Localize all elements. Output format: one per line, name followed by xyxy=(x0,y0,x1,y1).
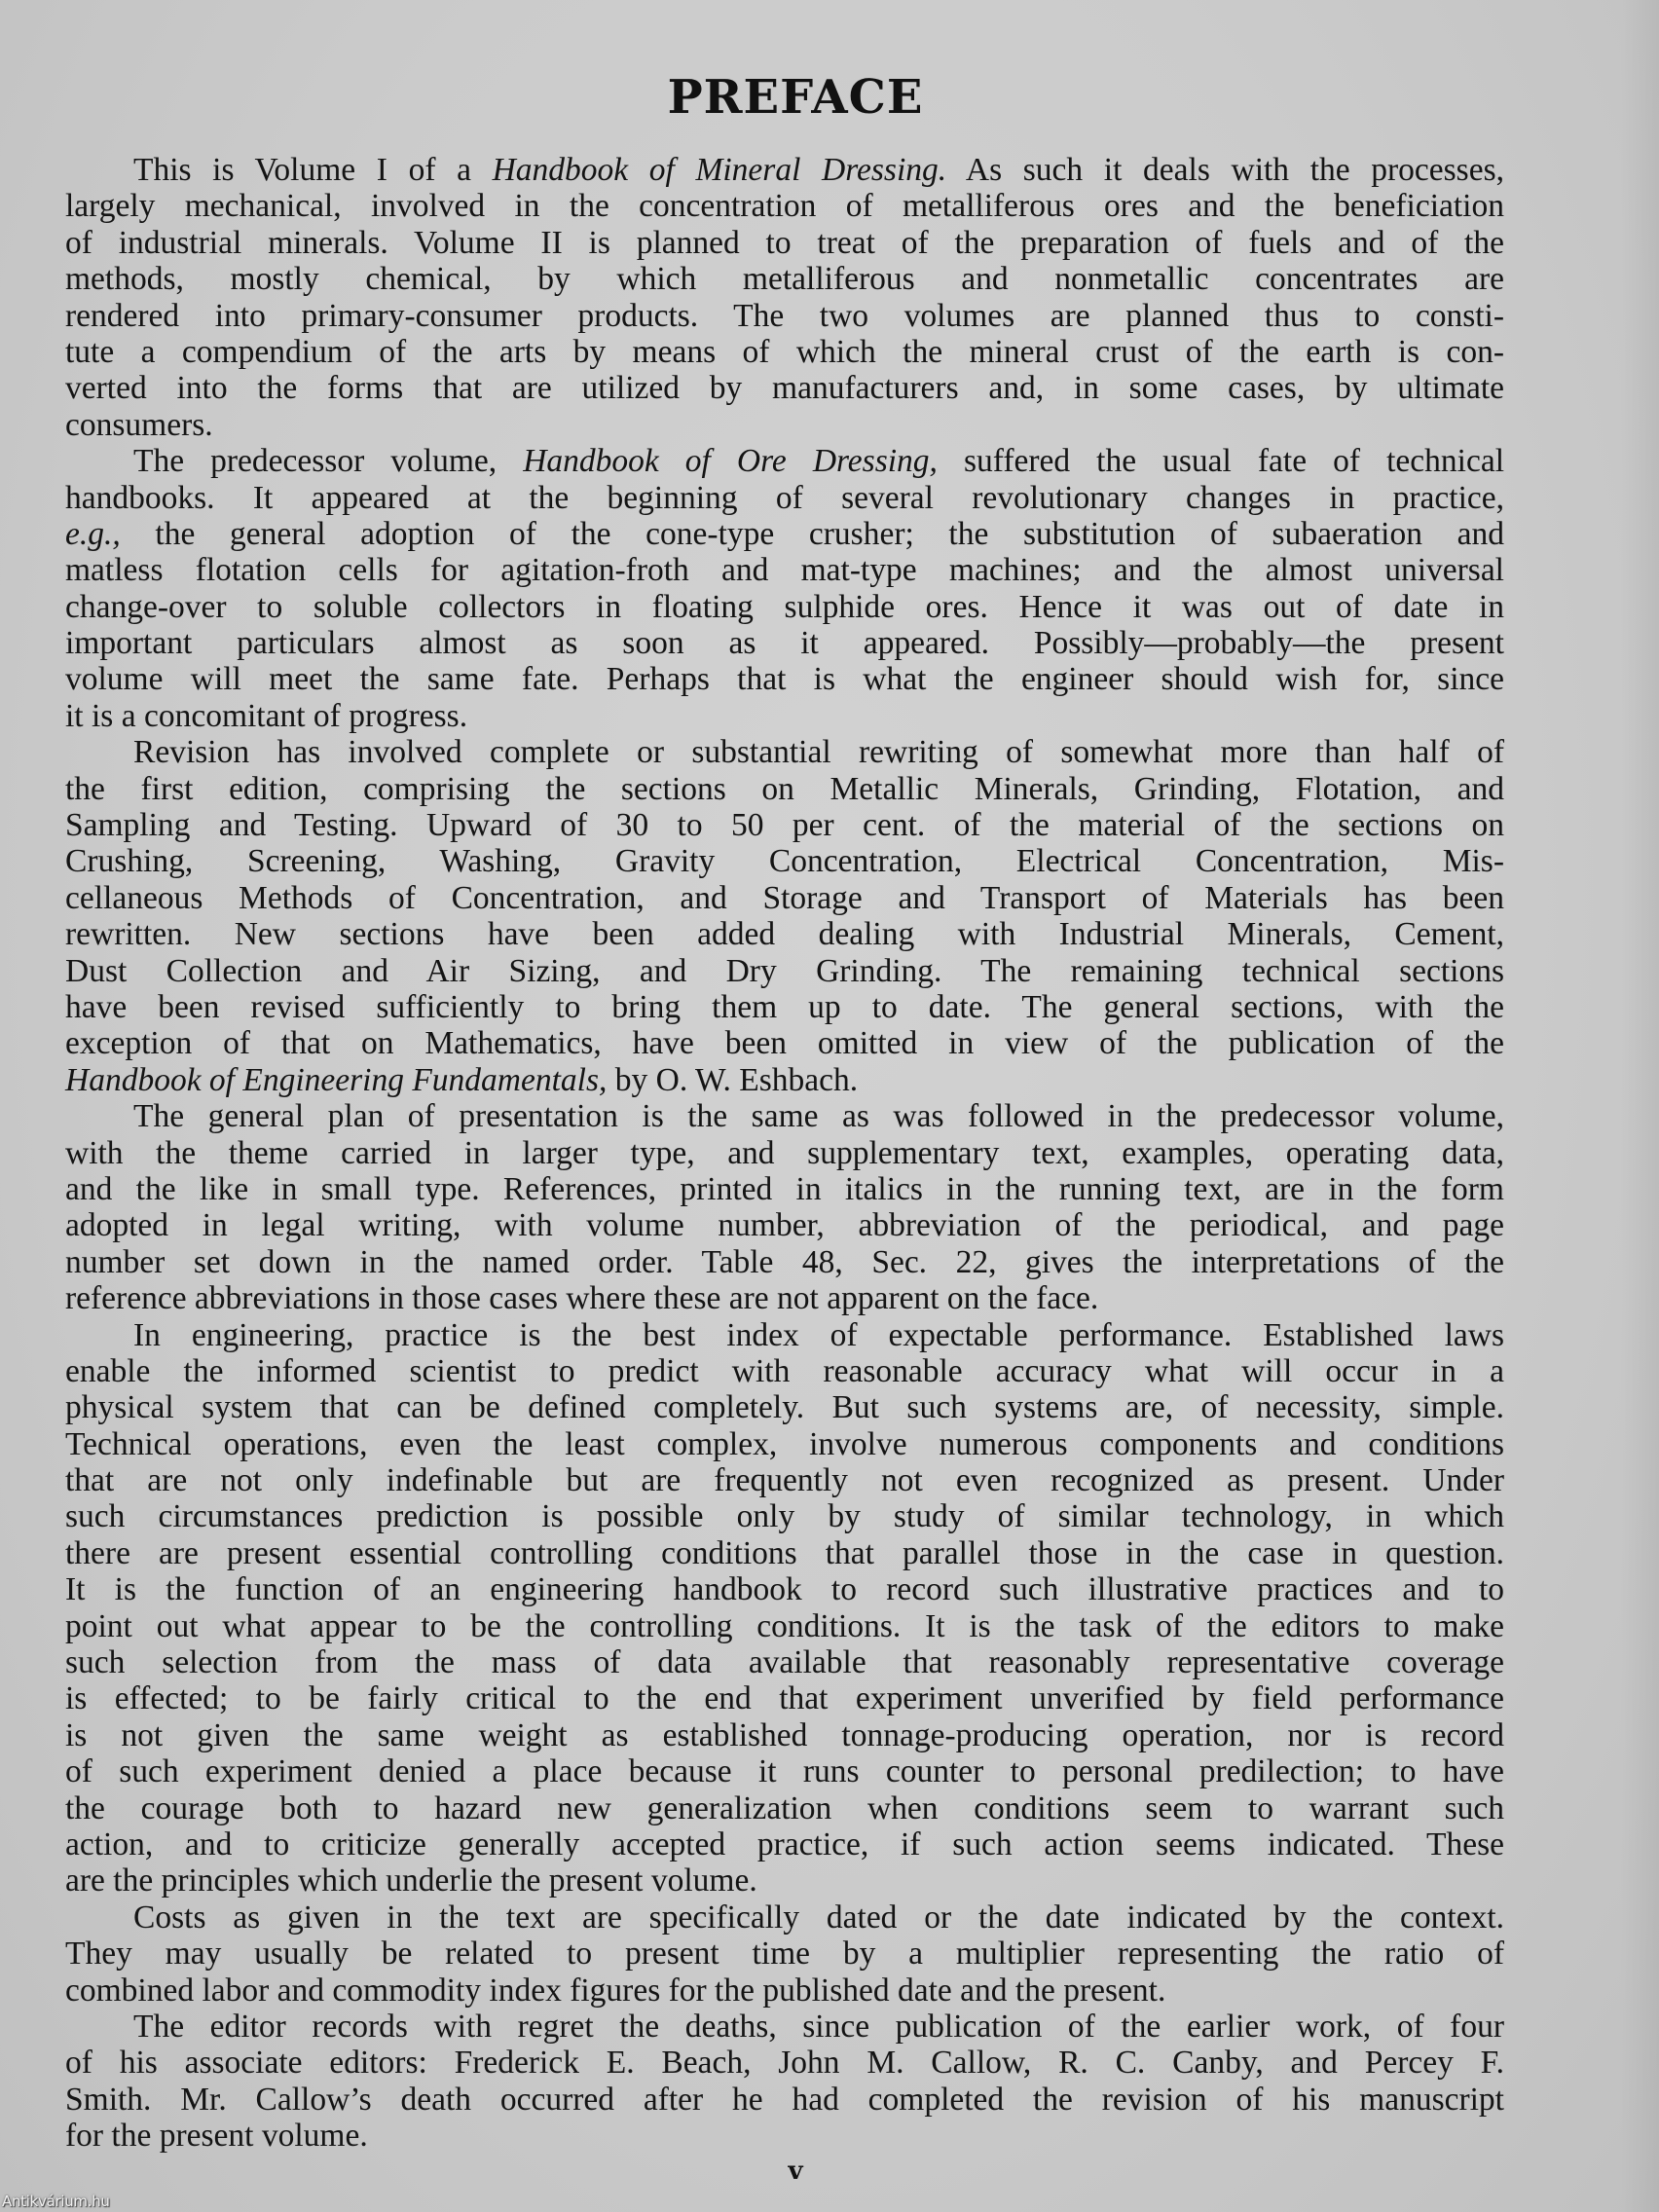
text-run: is effected; to be fairly critical to th… xyxy=(65,1680,1504,1716)
text-run: of industrial minerals. Volume II is pla… xyxy=(65,225,1504,261)
text-run: are the principles which underlie the pr… xyxy=(65,1862,757,1899)
text-line: Revision has involved complete or substa… xyxy=(94,734,1504,770)
text-run: It is the function of an engineering han… xyxy=(65,1571,1504,1607)
text-run: Dust Collection and Air Sizing, and Dry … xyxy=(65,953,1504,989)
text-line: is effected; to be fairly critical to th… xyxy=(65,1680,1504,1716)
text-line: reference abbreviations in those cases w… xyxy=(65,1280,1504,1316)
text-run: Costs as given in the text are specifica… xyxy=(133,1899,1504,1935)
text-line: combined labor and commodity index figur… xyxy=(65,1972,1504,2009)
text-line: action, and to criticize generally accep… xyxy=(65,1826,1504,1862)
text-run: They may usually be related to present t… xyxy=(65,1935,1504,1972)
text-line: of his associate editors: Frederick E. B… xyxy=(65,2045,1504,2081)
page-edge-shadow xyxy=(1620,0,1659,2212)
text-run: point out what appear to be the controll… xyxy=(65,1608,1504,1644)
text-line: enable the informed scientist to predict… xyxy=(65,1353,1504,1389)
text-line: important particulars almost as soon as … xyxy=(65,625,1504,661)
text-line: cellaneous Methods of Concentration, and… xyxy=(65,880,1504,916)
text-line: have been revised sufficiently to bring … xyxy=(65,989,1504,1025)
text-line: and the like in small type. References, … xyxy=(65,1171,1504,1207)
text-line: such circumstances prediction is possibl… xyxy=(65,1498,1504,1534)
text-line: there are present essential controlling … xyxy=(65,1535,1504,1571)
source-watermark: Antikvárium.hu xyxy=(2,2193,110,2210)
italic-title: Handbook of Mineral Dressing. xyxy=(493,152,947,188)
text-run: physical system that can be defined comp… xyxy=(65,1389,1504,1425)
text-run: for the present volume. xyxy=(65,2118,368,2154)
text-run: the general adoption of the cone-type cr… xyxy=(121,516,1504,552)
page-title: PREFACE xyxy=(0,70,1591,125)
text-line: It is the function of an engineering han… xyxy=(65,1571,1504,1607)
text-line: They may usually be related to present t… xyxy=(65,1935,1504,1972)
text-run: and the like in small type. References, … xyxy=(65,1171,1504,1207)
text-run: The predecessor volume, xyxy=(133,443,523,479)
text-line: such selection from the mass of data ava… xyxy=(65,1644,1504,1680)
paragraph: The general plan of presentation is the … xyxy=(94,1098,1504,1316)
paragraph: Costs as given in the text are specifica… xyxy=(94,1899,1504,2009)
text-run: Technical operations, even the least com… xyxy=(65,1426,1504,1462)
text-run: by O. W. Eshbach. xyxy=(607,1062,858,1098)
paragraph: The editor records with regret the death… xyxy=(94,2009,1504,2155)
text-line: physical system that can be defined comp… xyxy=(65,1389,1504,1425)
text-line: for the present volume. xyxy=(65,2118,1504,2154)
text-line: Technical operations, even the least com… xyxy=(65,1426,1504,1462)
text-line: largely mechanical, involved in the conc… xyxy=(65,188,1504,224)
text-run: change-over to soluble collectors in flo… xyxy=(65,589,1504,625)
text-run: The general plan of presentation is the … xyxy=(133,1098,1504,1134)
text-line: the first edition, comprising the sectio… xyxy=(65,771,1504,807)
text-run: rendered into primary-consumer products.… xyxy=(65,298,1504,334)
text-run: exception of that on Mathematics, have b… xyxy=(65,1025,1504,1061)
italic-title: Handbook of Ore Dressing, xyxy=(523,443,938,479)
text-line: Handbook of Engineering Fundamentals, by… xyxy=(65,1062,1504,1098)
text-line: exception of that on Mathematics, have b… xyxy=(65,1025,1504,1061)
text-run: the courage both to hazard new generaliz… xyxy=(65,1790,1504,1826)
text-run: In engineering, practice is the best ind… xyxy=(133,1317,1504,1353)
text-run: handbooks. It appeared at the beginning … xyxy=(65,480,1504,516)
paragraph: Revision has involved complete or substa… xyxy=(94,734,1504,1098)
text-run: This is Volume I of a xyxy=(133,152,493,188)
text-line: rendered into primary-consumer products.… xyxy=(65,298,1504,334)
page-number: v xyxy=(0,2157,1591,2186)
text-run: the first edition, comprising the sectio… xyxy=(65,771,1504,807)
text-line: consumers. xyxy=(65,407,1504,443)
text-line: The general plan of presentation is the … xyxy=(94,1098,1504,1134)
text-line: Costs as given in the text are specifica… xyxy=(94,1899,1504,1935)
text-line: volume will meet the same fate. Perhaps … xyxy=(65,661,1504,697)
text-line: are the principles which underlie the pr… xyxy=(65,1862,1504,1899)
text-run: number set down in the named order. Tabl… xyxy=(65,1244,1504,1280)
text-line: The predecessor volume, Handbook of Ore … xyxy=(94,443,1504,479)
text-run: such selection from the mass of data ava… xyxy=(65,1644,1504,1680)
text-run: important particulars almost as soon as … xyxy=(65,625,1504,661)
text-run: cellaneous Methods of Concentration, and… xyxy=(65,880,1504,916)
text-run: As such it deals with the processes, xyxy=(946,152,1504,188)
text-run: reference abbreviations in those cases w… xyxy=(65,1280,1098,1316)
text-run: of his associate editors: Frederick E. B… xyxy=(65,2045,1504,2081)
text-run: suffered the usual fate of technical xyxy=(938,443,1504,479)
text-line: point out what appear to be the controll… xyxy=(65,1608,1504,1644)
text-line: Dust Collection and Air Sizing, and Dry … xyxy=(65,953,1504,989)
text-line: it is a concomitant of progress. xyxy=(65,698,1504,734)
text-run: enable the informed scientist to predict… xyxy=(65,1353,1504,1389)
text-line: of industrial minerals. Volume II is pla… xyxy=(65,225,1504,261)
text-run: verted into the forms that are utilized … xyxy=(65,370,1504,406)
text-line: methods, mostly chemical, by which metal… xyxy=(65,261,1504,297)
text-run: Smith. Mr. Callow’s death occurred after… xyxy=(65,2082,1504,2118)
text-line: the courage both to hazard new generaliz… xyxy=(65,1790,1504,1826)
text-run: of such experiment denied a place becaus… xyxy=(65,1753,1504,1789)
text-line: rewritten. New sections have been added … xyxy=(65,916,1504,952)
paragraph: The predecessor volume, Handbook of Ore … xyxy=(94,443,1504,734)
text-run: such circumstances prediction is possibl… xyxy=(65,1498,1504,1534)
text-line: adopted in legal writing, with volume nu… xyxy=(65,1207,1504,1243)
text-line: The editor records with regret the death… xyxy=(94,2009,1504,2045)
italic-title: Handbook of Engineering Fundamentals, xyxy=(65,1062,607,1098)
text-line: with the theme carried in larger type, a… xyxy=(65,1135,1504,1171)
text-run: rewritten. New sections have been added … xyxy=(65,916,1504,952)
text-line: Crushing, Screening, Washing, Gravity Co… xyxy=(65,843,1504,879)
text-line: This is Volume I of a Handbook of Minera… xyxy=(94,152,1504,188)
text-line: e.g., the general adoption of the cone-t… xyxy=(65,516,1504,552)
text-line: In engineering, practice is the best ind… xyxy=(94,1317,1504,1353)
text-line: that are not only indefinable but are fr… xyxy=(65,1462,1504,1498)
text-run: Revision has involved complete or substa… xyxy=(133,734,1504,770)
text-line: Smith. Mr. Callow’s death occurred after… xyxy=(65,2082,1504,2118)
paragraph: This is Volume I of a Handbook of Minera… xyxy=(94,152,1504,443)
text-line: matless flotation cells for agitation-fr… xyxy=(65,552,1504,588)
text-run: largely mechanical, involved in the conc… xyxy=(65,188,1504,224)
text-run: there are present essential controlling … xyxy=(65,1535,1504,1571)
text-run: that are not only indefinable but are fr… xyxy=(65,1462,1504,1498)
text-run: it is a concomitant of progress. xyxy=(65,698,467,734)
text-line: verted into the forms that are utilized … xyxy=(65,370,1504,406)
text-line: is not given the same weight as establis… xyxy=(65,1717,1504,1753)
text-run: is not given the same weight as establis… xyxy=(65,1717,1504,1753)
text-line: tute a compendium of the arts by means o… xyxy=(65,334,1504,370)
text-run: The editor records with regret the death… xyxy=(133,2009,1504,2045)
text-run: Crushing, Screening, Washing, Gravity Co… xyxy=(65,843,1504,879)
text-run: with the theme carried in larger type, a… xyxy=(65,1135,1504,1171)
text-line: Sampling and Testing. Upward of 30 to 50… xyxy=(65,807,1504,843)
text-run: combined labor and commodity index figur… xyxy=(65,1972,1165,2009)
text-line: of such experiment denied a place becaus… xyxy=(65,1753,1504,1789)
text-run: matless flotation cells for agitation-fr… xyxy=(65,552,1504,588)
text-run: action, and to criticize generally accep… xyxy=(65,1826,1504,1862)
text-run: consumers. xyxy=(65,407,213,443)
book-page: PREFACE This is Volume I of a Handbook o… xyxy=(0,0,1659,2212)
preface-body: This is Volume I of a Handbook of Minera… xyxy=(94,152,1504,2154)
text-run: tute a compendium of the arts by means o… xyxy=(65,334,1504,370)
text-line: handbooks. It appeared at the beginning … xyxy=(65,480,1504,516)
text-line: change-over to soluble collectors in flo… xyxy=(65,589,1504,625)
text-run: have been revised sufficiently to bring … xyxy=(65,989,1504,1025)
text-run: methods, mostly chemical, by which metal… xyxy=(65,261,1504,297)
text-line: number set down in the named order. Tabl… xyxy=(65,1244,1504,1280)
text-run: Sampling and Testing. Upward of 30 to 50… xyxy=(65,807,1504,843)
paragraph: In engineering, practice is the best ind… xyxy=(94,1317,1504,1899)
text-run: adopted in legal writing, with volume nu… xyxy=(65,1207,1504,1243)
text-run: volume will meet the same fate. Perhaps … xyxy=(65,661,1504,697)
italic-title: e.g., xyxy=(65,516,121,552)
